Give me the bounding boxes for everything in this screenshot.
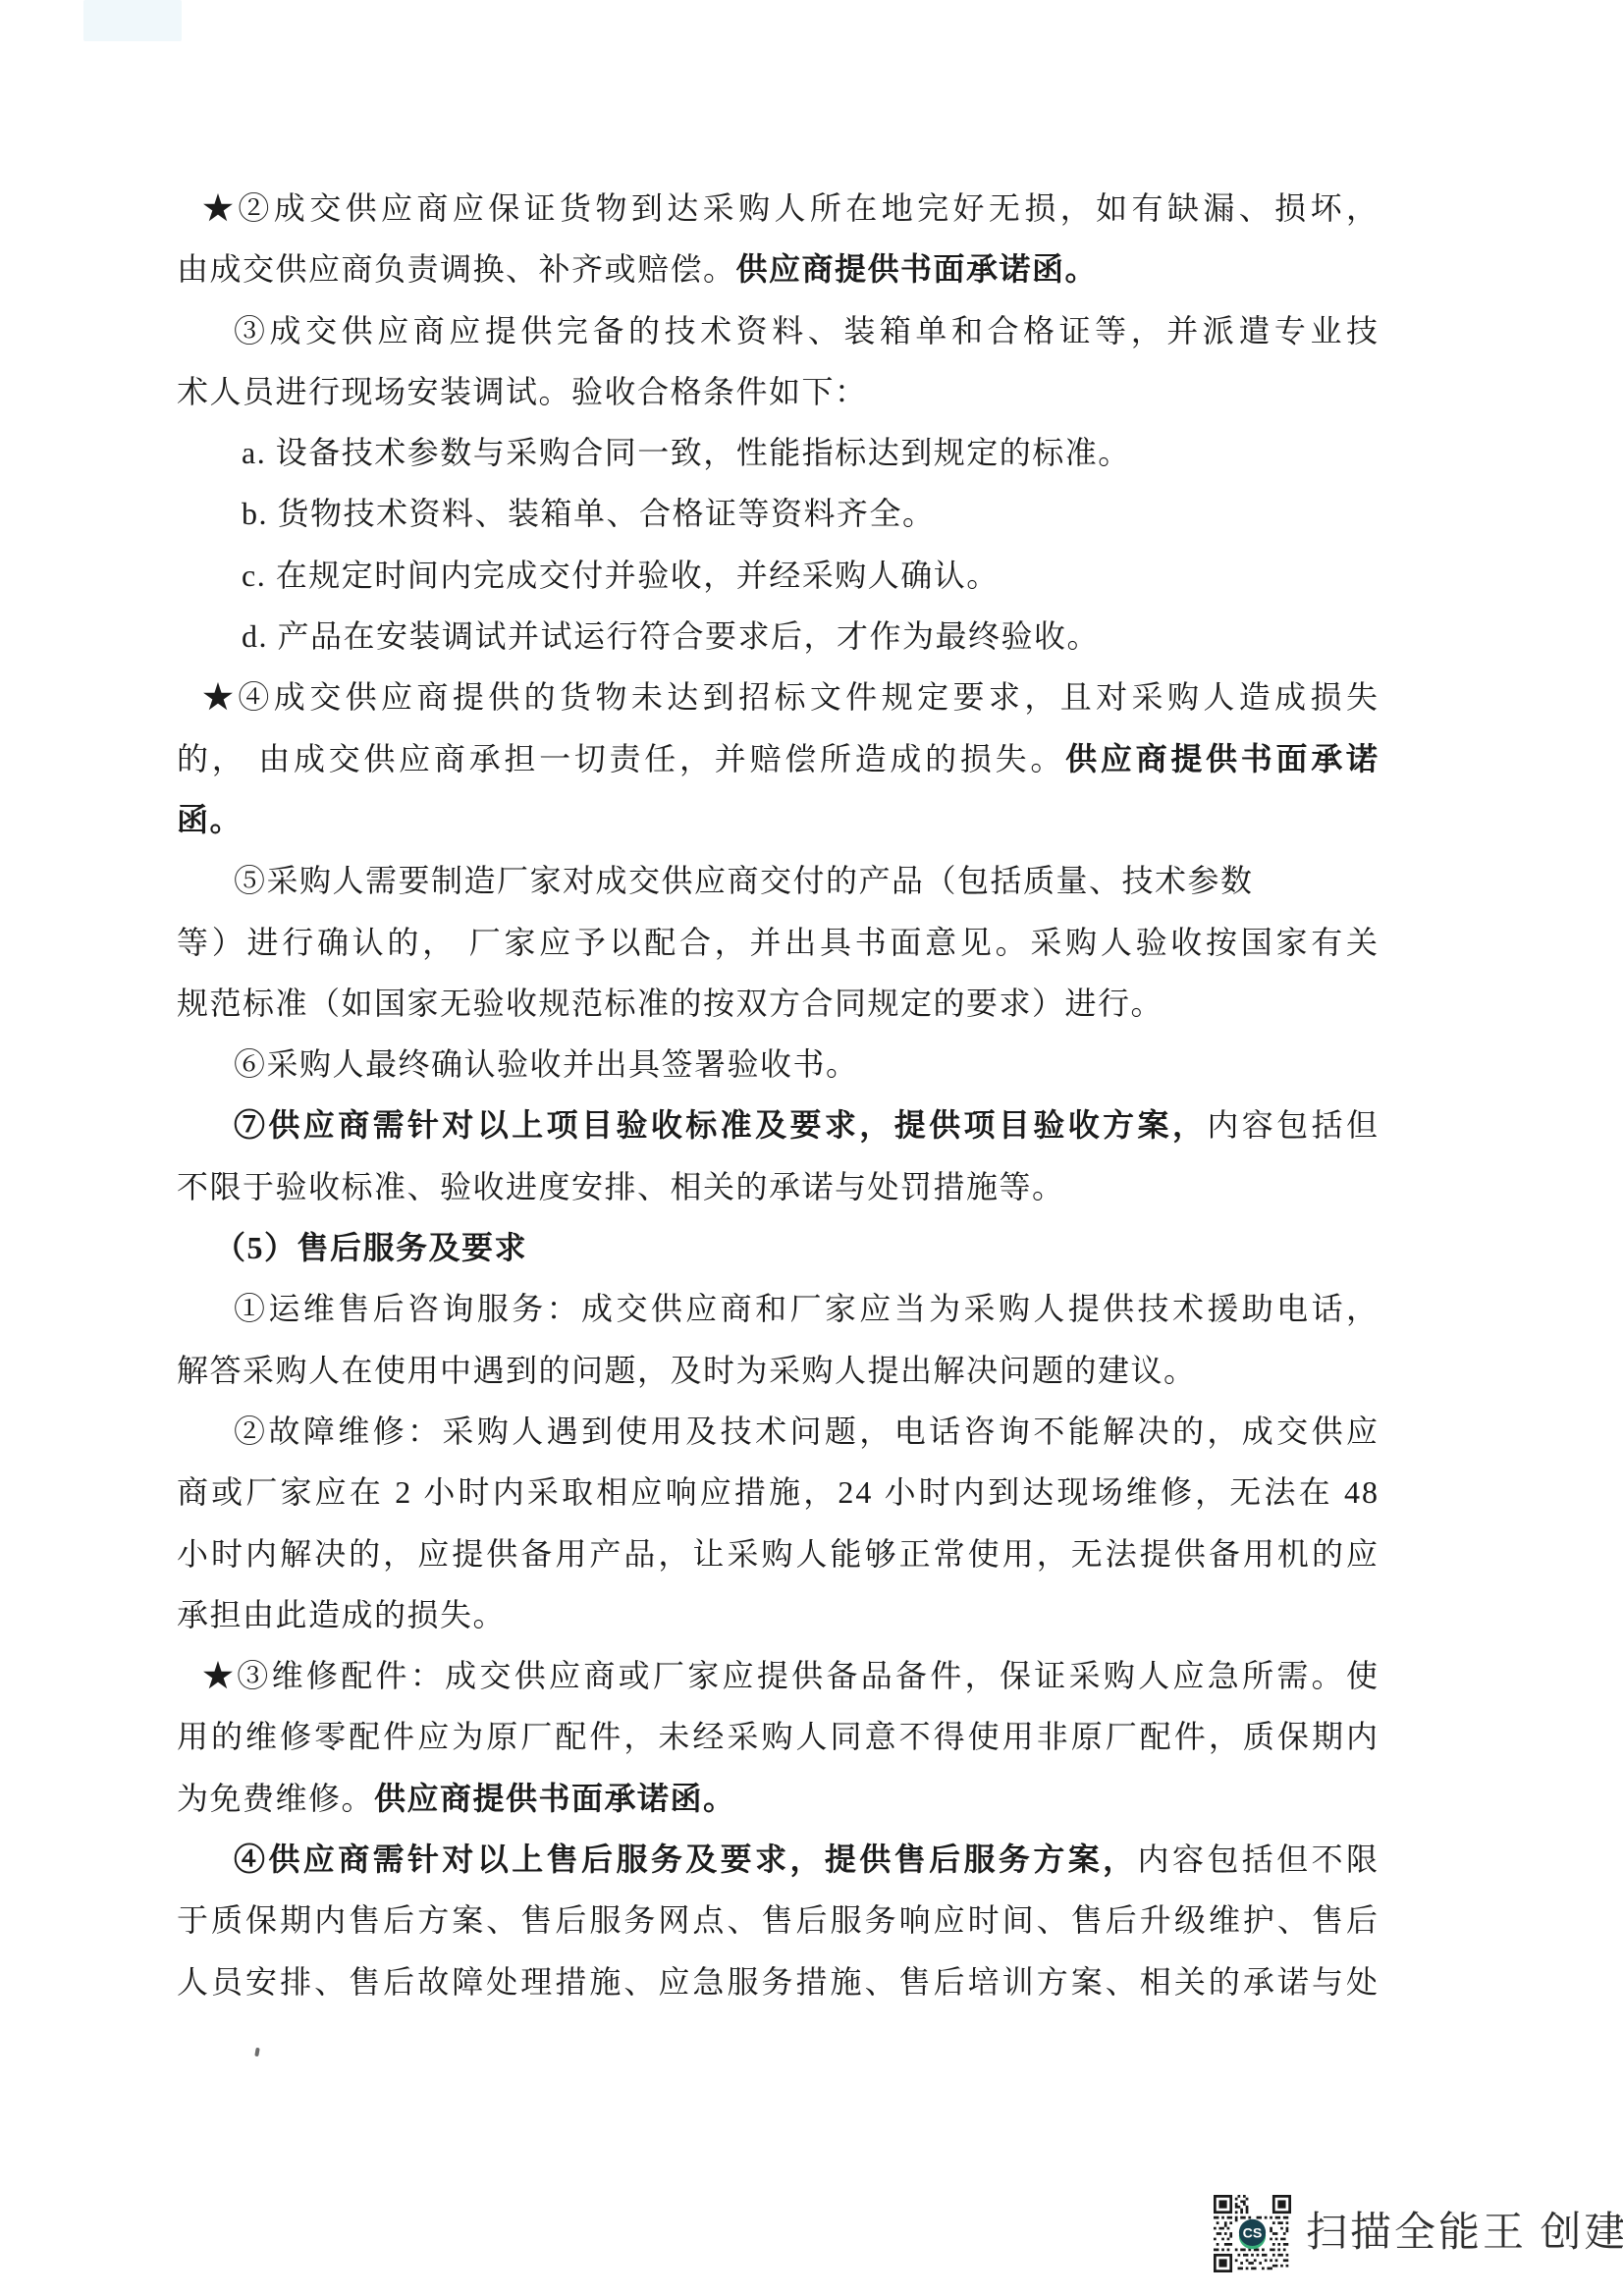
text-run: b. 货物技术资料、装箱单、合格证等资料齐全。 — [242, 496, 936, 531]
watermark-text: 扫描全能王 创建 — [1306, 2195, 1623, 2272]
text-run: ★③维修配件：成交供应商或厂家应提供备品备件，保证采购人应急所需。使 — [202, 1658, 1380, 1693]
text-run-bold: ⑦供应商需针对以上项目验收标准及要求，提供项目验收方案， — [234, 1107, 1207, 1143]
text-run: ⑥采购人最终确认验收并出具签署验收书。 — [234, 1046, 859, 1082]
text-run: ⑤采购人需要制造厂家对成交供应商交付的产品（包括质量、技术参数 — [234, 863, 1254, 898]
qr-code-icon: CS — [1214, 2195, 1291, 2272]
doc-line: 于质保期内售后方案、售后服务网点、售后服务响应时间、售后升级维护、售后 — [177, 1890, 1380, 1950]
doc-line: 不限于验收标准、验收进度安排、相关的承诺与处罚措施等。 — [177, 1156, 1380, 1217]
text-run: a. 设备技术参数与采购合同一致，性能指标达到规定的标准。 — [242, 435, 1131, 470]
doc-line: 由成交供应商负责调换、补齐或赔偿。供应商提供书面承诺函。 — [177, 239, 1380, 299]
text-run: 术人员进行现场安装调试。验收合格条件如下： — [177, 374, 868, 409]
camscanner-logo-badge: CS — [1239, 2219, 1266, 2250]
doc-line: a. 设备技术参数与采购合同一致，性能指标达到规定的标准。 — [177, 422, 1380, 483]
text-run: 商或厂家应在 2 小时内采取相应响应措施，24 小时内到达现场维修，无法在 48 — [177, 1474, 1380, 1510]
doc-line: ★③维修配件：成交供应商或厂家应提供备品备件，保证采购人应急所需。使 — [177, 1645, 1380, 1706]
text-run: 内容包括但不限 — [1138, 1842, 1380, 1877]
doc-line: 解答采购人在使用中遇到的问题，及时为采购人提出解决问题的建议。 — [177, 1340, 1380, 1401]
doc-line: b. 货物技术资料、装箱单、合格证等资料齐全。 — [177, 483, 1380, 544]
text-run-bold: 函。 — [177, 802, 243, 837]
text-run: ②故障维修：采购人遇到使用及技术问题，电话咨询不能解决的，成交供应 — [234, 1414, 1380, 1449]
text-run-bold: （5）售后服务及要求 — [214, 1230, 527, 1265]
document-body: ★②成交供应商应保证货物到达采购人所在地完好无损，如有缺漏、损坏， 由成交供应商… — [177, 178, 1380, 2012]
logo-text: CS — [1243, 2226, 1263, 2242]
doc-line: ④供应商需针对以上售后服务及要求，提供售后服务方案，内容包括但不限 — [177, 1829, 1380, 1890]
text-run-bold: 供应商提供书面承诺 — [1065, 741, 1380, 776]
text-run: c. 在规定时间内完成交付并验收，并经采购人确认。 — [242, 558, 1000, 593]
scan-artifact — [83, 0, 182, 41]
doc-line: ⑥采购人最终确认验收并出具签署验收书。 — [177, 1034, 1380, 1095]
doc-line: ③成交供应商应提供完备的技术资料、装箱单和合格证等，并派遣专业技 — [177, 300, 1380, 361]
doc-line: 商或厂家应在 2 小时内采取相应响应措施，24 小时内到达现场维修，无法在 48 — [177, 1462, 1380, 1522]
scan-speck — [254, 2048, 260, 2057]
text-run: 不限于验收标准、验收进度安排、相关的承诺与处罚措施等。 — [177, 1169, 1065, 1204]
text-run: 规范标准（如国家无验收规范标准的按双方合同规定的要求）进行。 — [177, 986, 1163, 1021]
text-run: 的， 由成交供应商承担一切责任，并赔偿所造成的损失。 — [177, 741, 1065, 776]
text-run: 小时内解决的，应提供备用产品，让采购人能够正常使用，无法提供备用机的应 — [177, 1536, 1380, 1572]
doc-line: 小时内解决的，应提供备用产品，让采购人能够正常使用，无法提供备用机的应 — [177, 1523, 1380, 1584]
doc-line: ①运维售后咨询服务：成交供应商和厂家应当为采购人提供技术援助电话， — [177, 1278, 1380, 1339]
text-run-bold: 供应商提供书面承诺函。 — [374, 1781, 736, 1816]
text-run: ①运维售后咨询服务：成交供应商和厂家应当为采购人提供技术援助电话， — [234, 1291, 1380, 1326]
text-run: d. 产品在安装调试并试运行符合要求后，才作为最终验收。 — [242, 618, 1100, 654]
doc-line: d. 产品在安装调试并试运行符合要求后，才作为最终验收。 — [177, 606, 1380, 667]
doc-line: 人员安排、售后故障处理措施、应急服务措施、售后培训方案、相关的承诺与处 — [177, 1951, 1380, 2012]
doc-line: 术人员进行现场安装调试。验收合格条件如下： — [177, 361, 1380, 422]
text-run-bold: 供应商提供书面承诺函。 — [736, 251, 1099, 287]
text-run: 承担由此造成的损失。 — [177, 1597, 506, 1632]
doc-line section-heading: （5）售后服务及要求 — [177, 1217, 1380, 1278]
doc-line: 为免费维修。供应商提供书面承诺函。 — [177, 1768, 1380, 1829]
text-run-bold: ④供应商需针对以上售后服务及要求，提供售后服务方案， — [234, 1842, 1138, 1877]
doc-line: ⑤采购人需要制造厂家对成交供应商交付的产品（包括质量、技术参数 — [177, 850, 1380, 911]
text-run: ★②成交供应商应保证货物到达采购人所在地完好无损，如有缺漏、损坏， — [202, 190, 1380, 226]
text-run: 人员安排、售后故障处理措施、应急服务措施、售后培训方案、相关的承诺与处 — [177, 1964, 1380, 2000]
doc-line: c. 在规定时间内完成交付并验收，并经采购人确认。 — [177, 545, 1380, 606]
doc-line: 等）进行确认的， 厂家应予以配合，并出具书面意见。采购人验收按国家有关 — [177, 912, 1380, 973]
text-run: 解答采购人在使用中遇到的问题，及时为采购人提出解决问题的建议。 — [177, 1353, 1197, 1388]
text-run: 用的维修零配件应为原厂配件，未经采购人同意不得使用非原厂配件，质保期内 — [177, 1719, 1380, 1754]
doc-line: 规范标准（如国家无验收规范标准的按双方合同规定的要求）进行。 — [177, 973, 1380, 1034]
doc-line: ②故障维修：采购人遇到使用及技术问题，电话咨询不能解决的，成交供应 — [177, 1401, 1380, 1462]
text-run: ③成交供应商应提供完备的技术资料、装箱单和合格证等，并派遣专业技 — [234, 313, 1380, 348]
text-run: ★④成交供应商提供的货物未达到招标文件规定要求，且对采购人造成损失 — [202, 679, 1380, 715]
doc-line: 承担由此造成的损失。 — [177, 1584, 1380, 1645]
doc-line: ⑦供应商需针对以上项目验收标准及要求，提供项目验收方案，内容包括但 — [177, 1095, 1380, 1155]
camscanner-watermark: CS 扫描全能王 创建 — [1214, 2195, 1623, 2272]
doc-line: ★④成交供应商提供的货物未达到招标文件规定要求，且对采购人造成损失 — [177, 667, 1380, 727]
text-run: 为免费维修。 — [177, 1781, 374, 1816]
doc-line: 函。 — [177, 789, 1380, 850]
text-run: 由成交供应商负责调换、补齐或赔偿。 — [177, 251, 736, 287]
text-run: 内容包括但 — [1207, 1107, 1380, 1143]
text-run: 等）进行确认的， 厂家应予以配合，并出具书面意见。采购人验收按国家有关 — [177, 925, 1380, 960]
text-run: 于质保期内售后方案、售后服务网点、售后服务响应时间、售后升级维护、售后 — [177, 1902, 1380, 1938]
doc-line: ★②成交供应商应保证货物到达采购人所在地完好无损，如有缺漏、损坏， — [177, 178, 1380, 239]
doc-line: 用的维修零配件应为原厂配件，未经采购人同意不得使用非原厂配件，质保期内 — [177, 1706, 1380, 1767]
scanned-document-page: ★②成交供应商应保证货物到达采购人所在地完好无损，如有缺漏、损坏， 由成交供应商… — [0, 0, 1623, 2296]
doc-line: 的， 由成交供应商承担一切责任，并赔偿所造成的损失。供应商提供书面承诺 — [177, 728, 1380, 789]
